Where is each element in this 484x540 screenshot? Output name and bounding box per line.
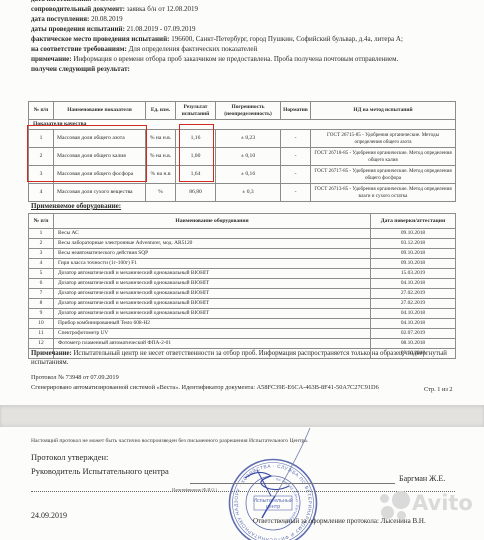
cell-error: ± 0,3	[216, 184, 281, 202]
cell-num: 9	[29, 309, 54, 319]
equipment-column-header: Дата поверки/аттестации	[371, 214, 456, 229]
cell-name: Дозатор автоматический и механический од…	[54, 269, 371, 279]
cell-name: Весы неавтоматического действия SQP	[54, 249, 371, 259]
cell-date: 27.02.2019	[371, 299, 456, 309]
equipment-table-head: № п/пНаименование оборудованияДата повер…	[29, 214, 456, 229]
header-line-label: дата изготовления:	[31, 0, 91, 3]
cell-date: 09.10.2018	[371, 249, 456, 259]
cell-date: 02.07.2019	[371, 329, 456, 339]
results-column-header: № п/п	[29, 102, 54, 120]
protocol-number-line: Протокол № 73948 от 07.09.2019	[31, 374, 119, 381]
cell-num: 5	[29, 269, 54, 279]
table-row: 9Дозатор автоматический и механический о…	[29, 309, 456, 319]
avito-watermark: Avito	[378, 491, 478, 525]
header-line-label: на соответствие требованиям:	[31, 45, 127, 53]
protocol-header-block: дата изготовления: 07.2019сопроводительн…	[31, 0, 433, 74]
table-row: 6Дозатор автоматический и механический о…	[29, 279, 456, 289]
highlight-box-results	[179, 124, 214, 182]
header-line: примечание: Информация о времени отбора …	[31, 54, 433, 64]
note-label: Примечание:	[31, 350, 72, 357]
results-column-header: Норматив	[281, 102, 311, 120]
table-row: 8Дозатор автоматический и механический о…	[29, 299, 456, 309]
cell-method: ГОСТ 26715-85 - Удобрения органические. …	[311, 130, 456, 148]
cell-name: Дозатор автоматический и механический од…	[54, 299, 371, 309]
cell-unit: % на н.в.	[146, 148, 176, 166]
cell-num: 4	[29, 259, 54, 269]
cell-unit: % на н.в.	[146, 130, 176, 148]
cell-name: Дозатор автоматический и механический од…	[54, 309, 371, 319]
approval-date: 24.09.2019	[31, 511, 67, 520]
table-row: 4Гири класса точности (1г-100г) F109.10.…	[29, 259, 456, 269]
watermark-dot-icon	[392, 491, 410, 509]
table-row: 4Массовая доля сухого вещества%86,80± 0,…	[29, 184, 456, 202]
header-line: даты проведения испытаний: 21.08.2019 - …	[31, 24, 433, 34]
cell-method: ГОСТ 26713-85 - Удобрения органические. …	[311, 184, 456, 202]
equipment-header-row: № п/пНаименование оборудованияДата повер…	[29, 214, 456, 229]
table-row: 1Весы АС09.10.2018	[29, 229, 456, 239]
equipment-column-header: № п/п	[29, 214, 54, 229]
cell-unit: % на н.в	[146, 166, 176, 184]
cell-name: Фотометр пламенный автоматический ФПА-2-…	[54, 339, 371, 349]
equipment-table: № п/пНаименование оборудованияДата повер…	[28, 213, 456, 359]
cell-method: ГОСТ 26718-85 - Удобрения органические. …	[311, 148, 456, 166]
table-row: 3Весы неавтоматического действия SQP09.1…	[29, 249, 456, 259]
cell-date: 27.02.2019	[371, 289, 456, 299]
equipment-column-header: Наименование оборудования	[54, 214, 371, 229]
protocol-page-1: дата изготовления: 07.2019сопроводительн…	[0, 0, 484, 405]
cell-date: 08.10.2018	[371, 339, 456, 349]
equipment-table-body: 1Весы АС09.10.20182Весы лабораторные эле…	[29, 229, 456, 359]
equipment-section-title: Применяемое оборудование:	[31, 202, 121, 210]
signature-hint-text: Идентификация (Ф.И.О.)	[172, 487, 217, 492]
cell-num: 12	[29, 339, 54, 349]
cell-name: Прибор комбинированный Testo 608-H2	[54, 319, 371, 329]
results-column-header: Погрешность (неопределенность)	[216, 102, 281, 120]
cell-num: 10	[29, 319, 54, 329]
cell-num: 11	[29, 329, 54, 339]
cell-name: Весы лабораторные электронные Adventurer…	[54, 239, 371, 249]
cell-name: Весы АС	[54, 229, 371, 239]
watermark-dot-icon	[381, 506, 394, 519]
header-line: на соответствие требованиям: Для определ…	[31, 44, 433, 54]
generated-by-line: Сгенерировано автоматизированной системо…	[31, 384, 379, 391]
cell-name: Спектрофотометр UV	[54, 329, 371, 339]
cell-name: Массовая доля сухого вещества	[54, 184, 146, 202]
results-header-row: № п/пНаименование показателяЕд. изм.Резу…	[29, 102, 456, 120]
cell-date: 03.12.2018	[371, 239, 456, 249]
cell-unit: %	[146, 184, 176, 202]
cell-norm: -	[281, 148, 311, 166]
approved-label: Протокол утвержден:	[31, 452, 108, 462]
cell-num: 3	[29, 249, 54, 259]
cell-error: ± 0,16	[216, 166, 281, 184]
results-column-header: Результат испытаний	[176, 102, 216, 120]
header-line: дата поступления: 20.08.2019	[31, 14, 433, 24]
head-role: Руководитель Испытательного центра	[31, 466, 169, 476]
cell-date: 04.10.2018	[371, 309, 456, 319]
table-row: 10Прибор комбинированный Testo 608-H204.…	[29, 319, 456, 329]
watermark-dot-icon	[397, 511, 406, 520]
cell-num: 1	[29, 229, 54, 239]
header-line-label: сопроводительный документ:	[31, 5, 125, 13]
cell-num: 8	[29, 299, 54, 309]
cell-name: Дозатор автоматический и механический од…	[54, 279, 371, 289]
cell-num: 2	[29, 239, 54, 249]
cell-error: ± 0,10	[216, 148, 281, 166]
highlight-box-indicator-names	[27, 125, 147, 182]
table-row: 11Спектрофотометр UV02.07.2019	[29, 329, 456, 339]
results-table-head: № п/пНаименование показателяЕд. изм.Резу…	[29, 102, 456, 120]
results-column-header: НД на метод испытаний	[311, 102, 456, 120]
scanned-document: дата изготовления: 07.2019сопроводительн…	[0, 0, 484, 540]
header-line-label: примечание:	[31, 55, 72, 63]
results-column-header: Наименование показателя	[54, 102, 146, 120]
cell-date: 09.10.2018	[371, 229, 456, 239]
cell-num: 4	[29, 184, 54, 202]
cell-date: 04.10.2018	[371, 279, 456, 289]
header-line-label: даты проведения испытаний:	[31, 25, 125, 33]
watermark-dot-icon	[380, 494, 389, 503]
header-line: сопроводительный документ: заявка б/н от…	[31, 4, 433, 14]
cell-result: 86,80	[176, 184, 216, 202]
table-row: 5Дозатор автоматический и механический о…	[29, 269, 456, 279]
cell-date: 09.10.2018	[371, 259, 456, 269]
cell-name: Гири класса точности (1г-100г) F1	[54, 259, 371, 269]
results-column-header: Ед. изм.	[146, 102, 176, 120]
table-row: 12Фотометр пламенный автоматический ФПА-…	[29, 339, 456, 349]
cell-name: Дозатор автоматический и механический од…	[54, 289, 371, 299]
signature-stroke-icon	[215, 420, 345, 540]
watermark-text: Avito	[412, 491, 473, 515]
header-line-label: получен следующий результат:	[31, 65, 130, 73]
cell-error: ± 0,23	[216, 130, 281, 148]
header-line-label: фактическое место проведения испытаний:	[31, 35, 169, 43]
cell-norm: -	[281, 130, 311, 148]
page-number: Стр. 1 из 2	[424, 386, 453, 393]
cell-num: 7	[29, 289, 54, 299]
header-line: фактическое место проведения испытаний: …	[31, 34, 433, 44]
cell-norm: -	[281, 184, 311, 202]
table-row: 2Весы лабораторные электронные Adventure…	[29, 239, 456, 249]
cell-date: 15.03.2019	[371, 269, 456, 279]
header-line: получен следующий результат:	[31, 64, 433, 74]
cell-method: ГОСТ 26717-85 - Удобрения органические. …	[311, 166, 456, 184]
table-row: 7Дозатор автоматический и механический о…	[29, 289, 456, 299]
header-line-label: дата поступления:	[31, 15, 89, 23]
cell-date: 04.10.2018	[371, 319, 456, 329]
cell-num: 6	[29, 279, 54, 289]
note-paragraph: Примечание: Испытательный центр не несет…	[31, 349, 476, 367]
note-text: Испытательный центр не несет ответственн…	[31, 350, 447, 366]
cell-norm: -	[281, 166, 311, 184]
